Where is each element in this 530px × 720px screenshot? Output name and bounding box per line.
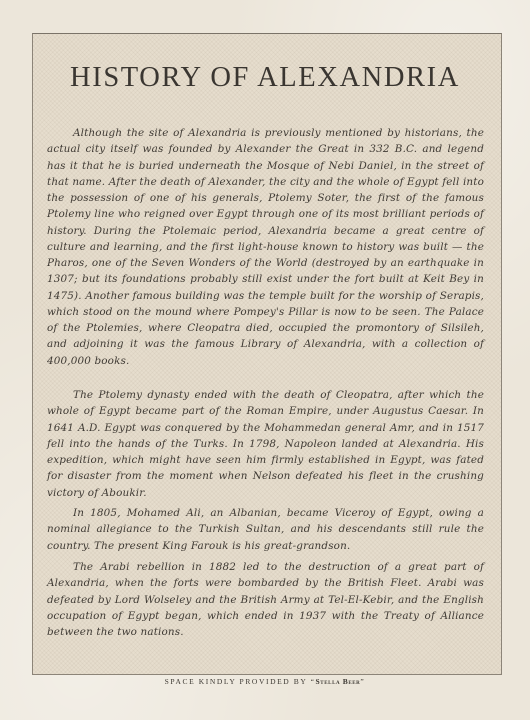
page-title: HISTORY OF ALEXANDRIA	[0, 62, 530, 94]
sponsor-brand: Stella Beer	[316, 677, 361, 686]
credit-prefix: SPACE KINDLY PROVIDED BY	[165, 677, 307, 686]
paragraph-founding: Although the site of Alexandria is previ…	[47, 125, 484, 369]
paragraph-mohamed-ali: In 1805, Mohamed Ali, an Albanian, becam…	[47, 505, 484, 554]
close-quote: ”	[360, 677, 365, 686]
paragraph-roman-to-napoleon: The Ptolemy dynasty ended with the death…	[47, 387, 484, 501]
paragraph-arabi-rebellion: The Arabi rebellion in 1882 led to the d…	[47, 559, 484, 640]
sponsor-credit: SPACE KINDLY PROVIDED BY “Stella Beer”	[0, 677, 530, 686]
